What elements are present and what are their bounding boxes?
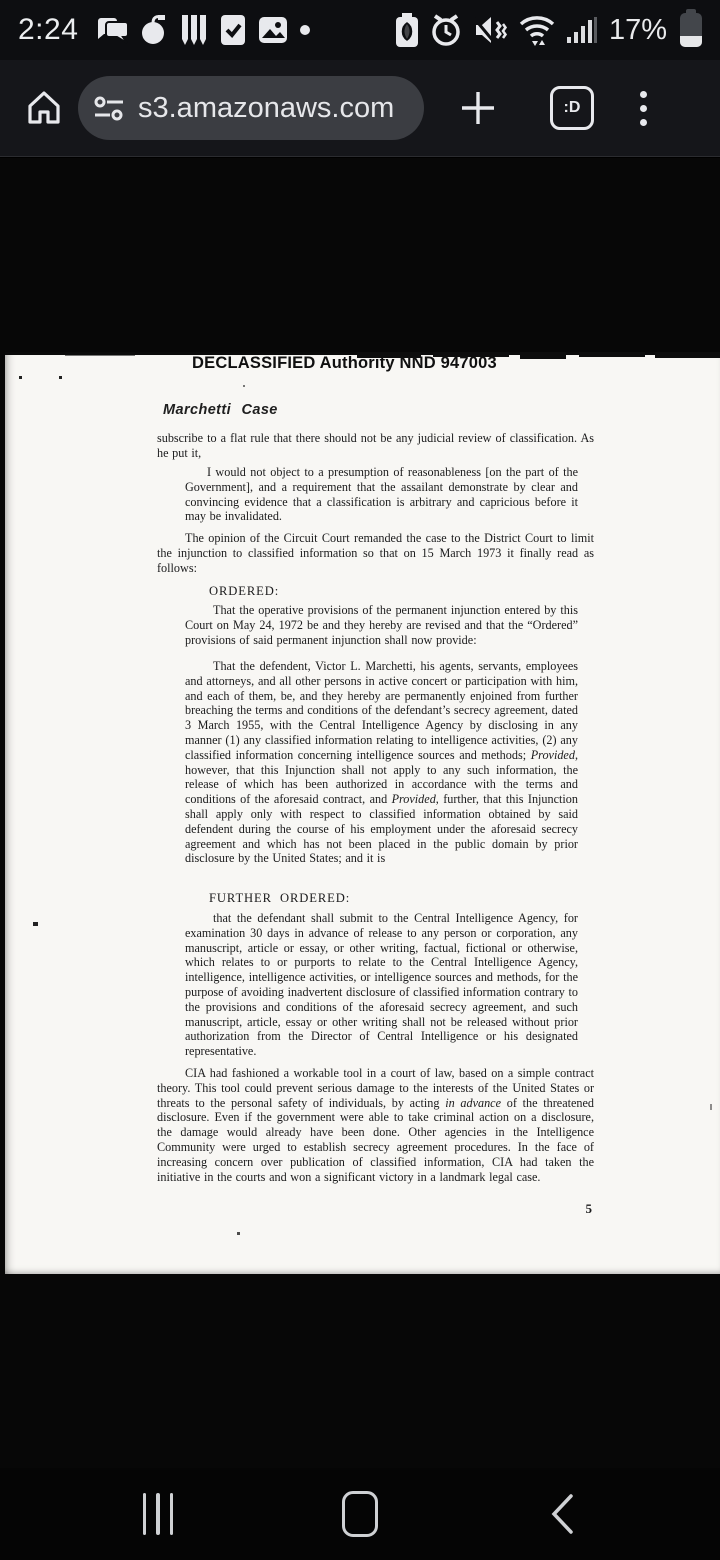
paragraph-continuation: subscribe to a flat rule that there shou… [157, 431, 594, 461]
declassified-banner: DECLASSIFIED Authority NND 947003 [5, 354, 720, 373]
scan-speck [19, 376, 22, 379]
overflow-menu-button[interactable] [640, 91, 647, 126]
address-bar[interactable]: s3.amazonaws.com [78, 76, 424, 140]
back-icon [549, 1492, 575, 1536]
triple-bars-notification-icon [179, 13, 209, 47]
android-screen: 2:24 [0, 0, 720, 1560]
battery-icon [680, 13, 702, 47]
navigation-bar [0, 1468, 720, 1560]
recents-icon [143, 1493, 174, 1535]
alarm-icon [429, 12, 463, 48]
scan-speck [710, 1104, 712, 1110]
clock-text: 2:24 [18, 13, 78, 47]
recents-button[interactable] [136, 1492, 180, 1536]
tab-switcher-button[interactable]: :D [550, 86, 594, 130]
tab-count-badge: :D [564, 99, 581, 117]
heading-ordered: ORDERED: [209, 584, 279, 599]
pdf-viewer[interactable]: DECLASSIFIED Authority NND 947003 Marche… [0, 158, 720, 1470]
browser-toolbar: s3.amazonaws.com :D [0, 60, 720, 157]
scan-speck [59, 376, 62, 379]
url-text[interactable]: s3.amazonaws.com [138, 92, 394, 125]
gallery-icon [257, 14, 289, 46]
home-nav-button[interactable] [338, 1492, 382, 1536]
status-bar-right: 17% [394, 12, 702, 48]
status-bar-left: 2:24 [18, 13, 312, 47]
paragraph-cia-italic: in advance [445, 1096, 501, 1110]
site-controls-icon[interactable] [92, 91, 126, 125]
paragraph-opinion: The opinion of the Circuit Court remande… [157, 531, 594, 575]
quote-reasonableness: I would not object to a presumption of r… [185, 465, 578, 524]
document-page: DECLASSIFIED Authority NND 947003 Marche… [5, 352, 720, 1274]
case-title: Marchetti Case [163, 402, 278, 418]
scan-speck [237, 1232, 240, 1235]
mute-vibrate-icon [472, 12, 508, 48]
quote-submission-requirement: that the defendant shall submit to the C… [185, 911, 578, 1059]
battery-percent-text: 17% [609, 14, 667, 47]
notification-overflow-dot [298, 23, 312, 37]
chat-bubbles-icon [95, 14, 129, 46]
game-notification-icon [138, 13, 170, 47]
back-button[interactable] [540, 1492, 584, 1536]
wifi-data-arrows-icon [517, 12, 557, 48]
new-tab-button[interactable] [458, 88, 498, 128]
page-number: 5 [586, 1201, 593, 1217]
scan-speck [33, 922, 38, 926]
task-check-icon [218, 13, 248, 47]
scan-speck [243, 385, 245, 387]
home-nav-icon [342, 1491, 378, 1537]
quote-defendent-part: That the defendent, Victor L. Marchetti,… [185, 659, 578, 762]
status-bar: 2:24 [0, 0, 720, 60]
home-button[interactable] [24, 88, 64, 128]
quote-operative-provisions: That the operative provisions of the per… [185, 603, 578, 647]
battery-saver-icon [394, 12, 420, 48]
quote-defendent-italic: Provided [531, 748, 575, 762]
signal-strength-icon [566, 13, 598, 47]
quote-defendent-injunction: That the defendent, Victor L. Marchetti,… [185, 659, 578, 866]
quote-defendent-italic: Provided [392, 792, 436, 806]
heading-further-ordered: FURTHER ORDERED: [209, 891, 350, 906]
paragraph-cia-tool: CIA had fashioned a workable tool in a c… [157, 1066, 594, 1184]
